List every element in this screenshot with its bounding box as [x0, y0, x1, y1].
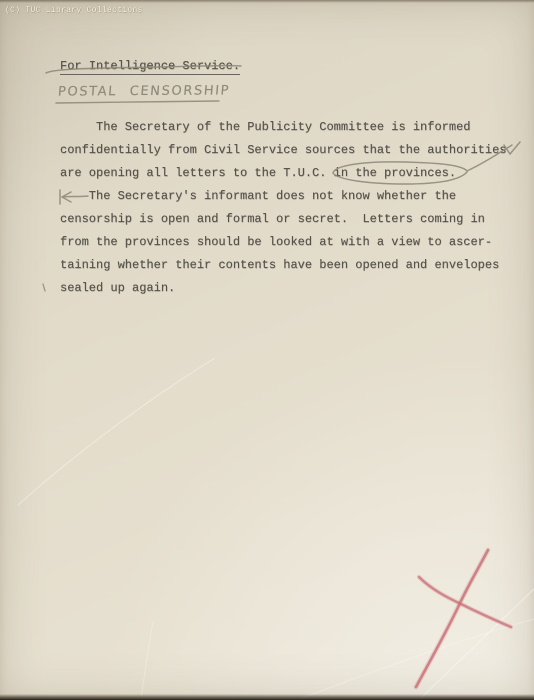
- red-x-stroke-soft: [416, 550, 488, 687]
- typed-title-text: For Intelligence Service.: [60, 59, 240, 75]
- paper-crease: [300, 619, 534, 699]
- scan-bottom-edge-shadow: [0, 694, 534, 700]
- typed-line: The Secretary's informant does not know …: [60, 185, 506, 208]
- library-watermark: (C) TUC Library Collections: [5, 6, 143, 15]
- red-x-mark: [416, 550, 511, 687]
- red-x-stroke-short: [419, 577, 511, 627]
- typed-line: sealed up again.: [60, 277, 506, 300]
- red-x-stroke-long: [416, 550, 488, 687]
- scanned-document-page: (C) TUC Library Collections For Intellig…: [0, 0, 534, 700]
- handwritten-heading: POSTAL CENSORSHIP: [57, 83, 230, 99]
- annotation-overlay: [0, 0, 534, 700]
- paper-crease: [141, 621, 153, 700]
- paper-crease-lines: [18, 358, 534, 700]
- red-x-stroke-soft: [419, 577, 511, 627]
- typed-line: The Secretary of the Publicity Committee…: [60, 116, 506, 139]
- typed-body-paragraph: The Secretary of the Publicity Committee…: [60, 116, 506, 300]
- typed-line: censorship is open and formal or secret.…: [60, 208, 506, 231]
- pencil-margin-tick: [43, 284, 45, 291]
- typed-line: taining whether their contents have been…: [60, 254, 506, 277]
- typed-line: confidentially from Civil Service source…: [60, 139, 506, 162]
- scan-top-edge-shadow: [0, 0, 534, 3]
- typed-line: from the provinces should be looked at w…: [60, 231, 506, 254]
- paper-crease: [18, 358, 215, 505]
- pencil-underline-mark: [56, 101, 219, 103]
- typed-line: are opening all letters to the T.U.C. in…: [60, 162, 506, 185]
- paper-crease: [419, 589, 534, 700]
- typed-title: For Intelligence Service.: [60, 59, 240, 73]
